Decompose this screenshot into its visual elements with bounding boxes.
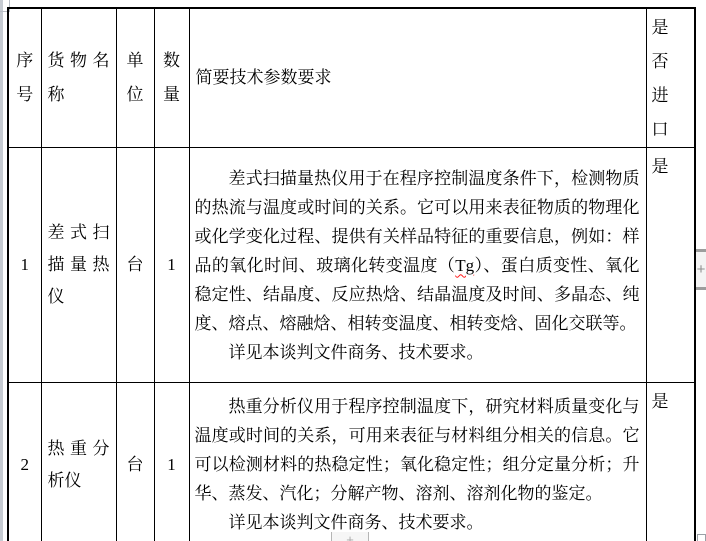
row2-qty: 1 xyxy=(154,383,189,541)
table-header-row: 序号 货物名称 单位 数量 简要技术参数要求 是否进口 xyxy=(8,8,695,148)
page-edge-strip xyxy=(0,0,3,541)
table-row-dsc: 1 差式扫描量热仪 台 1 差式扫描量热仪用于在程序控制温度条件下，检测物质的热… xyxy=(8,148,695,383)
row2-spec-paragraph: 热重分析仪用于程序控制温度下，研究材料质量变化与温度或时间的关系，可用来表征与材… xyxy=(195,392,640,508)
row1-spec-cell: 差式扫描量热仪用于在程序控制温度条件下，检测物质的热流与温度或时间的关系。它可以… xyxy=(189,148,646,383)
table-resize-handle-icon[interactable] xyxy=(697,534,706,541)
row2-seq: 2 xyxy=(8,383,41,541)
header-spec: 简要技术参数要求 xyxy=(189,8,646,148)
plus-icon: + xyxy=(697,261,706,278)
header-qty: 数量 xyxy=(154,8,189,148)
row1-spec-paragraph: 差式扫描量热仪用于在程序控制温度条件下，检测物质的热流与温度或时间的关系。它可以… xyxy=(195,164,640,338)
row2-unit: 台 xyxy=(116,383,154,541)
row2-spec-cell: 热重分析仪用于程序控制温度下，研究材料质量变化与温度或时间的关系，可用来表征与材… xyxy=(189,383,646,541)
header-seq: 序号 xyxy=(8,8,41,148)
header-import: 是否进口 xyxy=(646,8,695,148)
row1-import-cell: 是 xyxy=(646,148,695,383)
header-name: 货物名称 xyxy=(41,8,116,148)
row1-qty: 1 xyxy=(154,148,189,383)
row1-name: 差式扫描量热仪 xyxy=(41,148,116,383)
row1-spec-note: 详见本谈判文件商务、技术要求。 xyxy=(195,338,640,367)
row2-name: 热重分析仪 xyxy=(41,383,116,541)
row1-unit: 台 xyxy=(116,148,154,383)
plus-icon: + xyxy=(346,532,354,541)
table-row-tga: 2 热重分析仪 台 1 热重分析仪用于程序控制温度下，研究材料质量变化与温度或时… xyxy=(8,383,695,541)
spellcheck-flagged-term: Tg xyxy=(455,256,474,275)
vertical-scroll-plus-button[interactable]: + xyxy=(696,249,706,290)
row2-spec-note: 详见本谈判文件商务、技术要求。 xyxy=(195,508,640,537)
row1-seq: 1 xyxy=(8,148,41,383)
goods-table: 序号 货物名称 单位 数量 简要技术参数要求 是否进口 1 差式扫描量热仪 台 … xyxy=(7,7,696,541)
row2-import-value: 是 xyxy=(652,385,670,418)
header-import-label: 是否进口 xyxy=(652,11,670,147)
row1-import-value: 是 xyxy=(652,150,670,183)
horizontal-scroll-plus-button[interactable]: + xyxy=(331,532,369,541)
header-unit: 单位 xyxy=(116,8,154,148)
row2-import-cell: 是 xyxy=(646,383,695,541)
